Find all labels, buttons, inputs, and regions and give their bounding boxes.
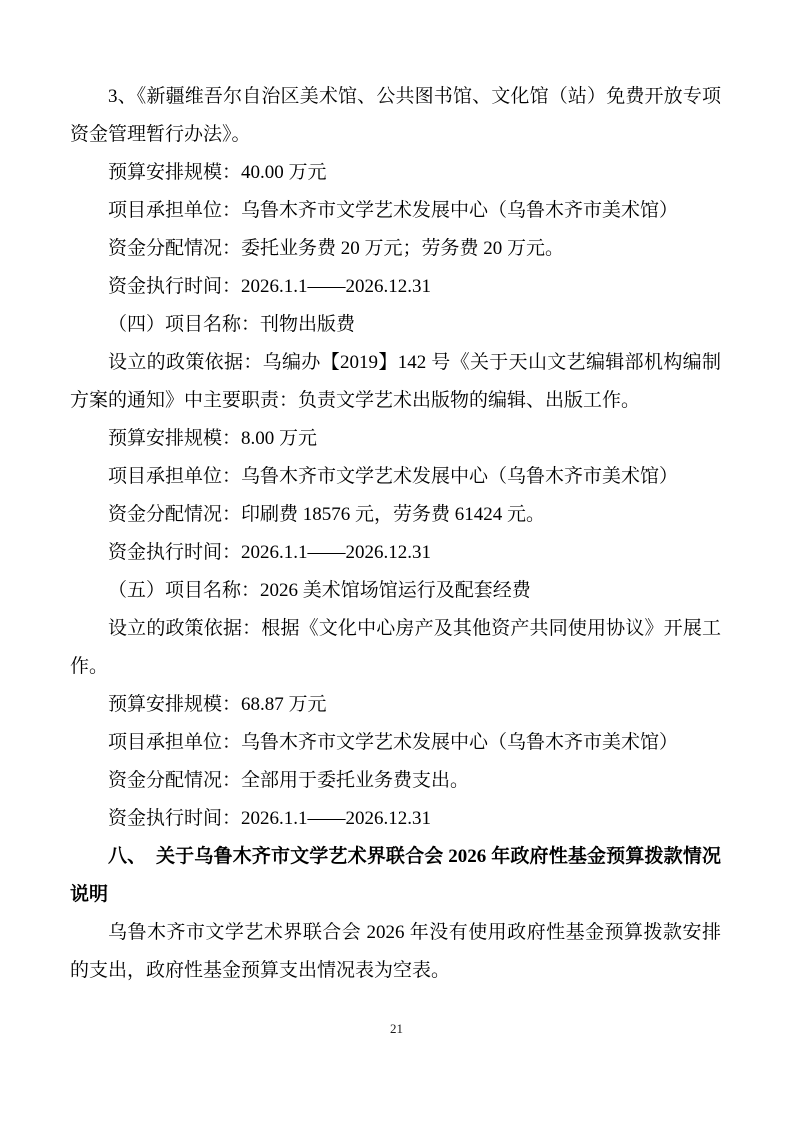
paragraph: 3、《新疆维吾尔自治区美术馆、公共图书馆、文化馆（站）免费开放专项资金管理暂行办… bbox=[70, 78, 721, 154]
paragraph: 资金执行时间：2026.1.1——2026.12.31 bbox=[70, 268, 721, 306]
paragraph: 预算安排规模：40.00 万元 bbox=[70, 154, 721, 192]
section-heading: 八、 关于乌鲁木齐市文学艺术界联合会 2026 年政府性基金预算拨款情况说明 bbox=[70, 838, 721, 914]
paragraph: 资金执行时间：2026.1.1——2026.12.31 bbox=[70, 534, 721, 572]
document-page: 3、《新疆维吾尔自治区美术馆、公共图书馆、文化馆（站）免费开放专项资金管理暂行办… bbox=[0, 0, 793, 1122]
page-number: 21 bbox=[0, 1020, 793, 1038]
paragraph: 项目承担单位：乌鲁木齐市文学艺术发展中心（乌鲁木齐市美术馆） bbox=[70, 724, 721, 762]
document-body: 3、《新疆维吾尔自治区美术馆、公共图书馆、文化馆（站）免费开放专项资金管理暂行办… bbox=[70, 78, 721, 990]
paragraph: 项目承担单位：乌鲁木齐市文学艺术发展中心（乌鲁木齐市美术馆） bbox=[70, 192, 721, 230]
paragraph: 设立的政策依据：根据《文化中心房产及其他资产共同使用协议》开展工作。 bbox=[70, 610, 721, 686]
paragraph: 资金执行时间：2026.1.1——2026.12.31 bbox=[70, 800, 721, 838]
paragraph: 资金分配情况：印刷费 18576 元，劳务费 61424 元。 bbox=[70, 496, 721, 534]
paragraph: （四）项目名称：刊物出版费 bbox=[70, 306, 721, 344]
paragraph: 资金分配情况：委托业务费 20 万元；劳务费 20 万元。 bbox=[70, 230, 721, 268]
paragraph: 资金分配情况：全部用于委托业务费支出。 bbox=[70, 762, 721, 800]
paragraph: 预算安排规模：68.87 万元 bbox=[70, 686, 721, 724]
paragraph: 设立的政策依据：乌编办【2019】142 号《关于天山文艺编辑部机构编制方案的通… bbox=[70, 344, 721, 420]
paragraph: （五）项目名称：2026 美术馆场馆运行及配套经费 bbox=[70, 572, 721, 610]
paragraph: 项目承担单位：乌鲁木齐市文学艺术发展中心（乌鲁木齐市美术馆） bbox=[70, 458, 721, 496]
paragraph: 预算安排规模：8.00 万元 bbox=[70, 420, 721, 458]
paragraph: 乌鲁木齐市文学艺术界联合会 2026 年没有使用政府性基金预算拨款安排的支出，政… bbox=[70, 914, 721, 990]
